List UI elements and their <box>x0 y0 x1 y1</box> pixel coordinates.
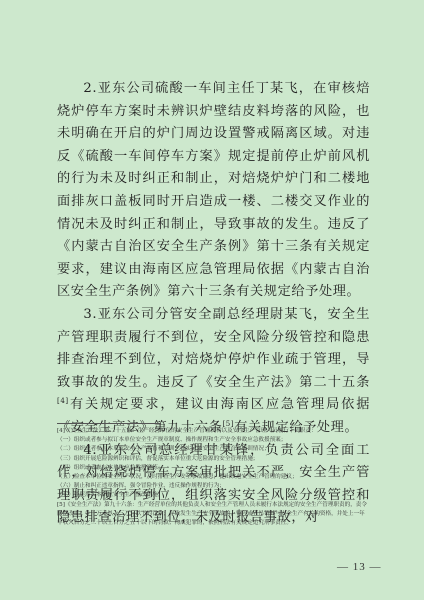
paragraph-3-text-a: 3.亚东公司分管安全副总经理尉某飞，安全生产管理职责履行不到位，安全风险分级管控… <box>57 307 370 390</box>
footnote-4-item-4: （四）组织或者参与本单位应急救援演练； <box>57 464 370 473</box>
paragraph-item-3: 3.亚东公司分管安全副总经理尉某飞，安全生产管理职责履行不到位，安全风险分级管控… <box>57 304 370 440</box>
footnotes: [4]《安全生产法》第二十五条：生产经营单位的安全生产管理机构以及安全生产管理人… <box>57 427 370 528</box>
footnote-separator <box>57 423 161 424</box>
footnote-4-heading: [4]《安全生产法》第二十五条：生产经营单位的安全生产管理机构以及安全生产管理人… <box>57 427 370 436</box>
footnote-4-item-7: （七）督促落实本单位安全生产整改措施。 <box>57 491 370 500</box>
page-number: — 13 — <box>337 561 382 573</box>
footnote-4-item-3: （三）组织开展危险源辨识和评估，督促落实本单位重大危险源的安全管理措施； <box>57 455 370 464</box>
footnote-4-item-2: （二）组织或者参与本单位安全生产教育和培训，如实记录安全生产教育和培训情况； <box>57 445 370 454</box>
footnote-4-item-5: （五）检查本单位的安全生产状况，及时排查生产安全事故隐患，提出改进安全生产管理的… <box>57 473 370 482</box>
paragraph-item-2: 2.亚东公司硫酸一车间主任丁某飞，在审核焙烧炉停车方案时未辨识炉壁结皮料垮落的风… <box>57 78 370 304</box>
footnote-4-item-6: （六）制止和纠正违章指挥、强令冒险作业、违反操作规程的行为； <box>57 482 370 491</box>
footnote-5: [5]《安全生产法》第九十六条：生产经营单位的其他负责人和安全生产管理人员未履行… <box>57 501 370 529</box>
footnote-ref-4[interactable]: [4] <box>57 397 69 405</box>
footnote-4-item-1: （一）组织或者参与拟订本单位安全生产规章制度、操作规程和生产安全事故应急救援预案… <box>57 436 370 445</box>
